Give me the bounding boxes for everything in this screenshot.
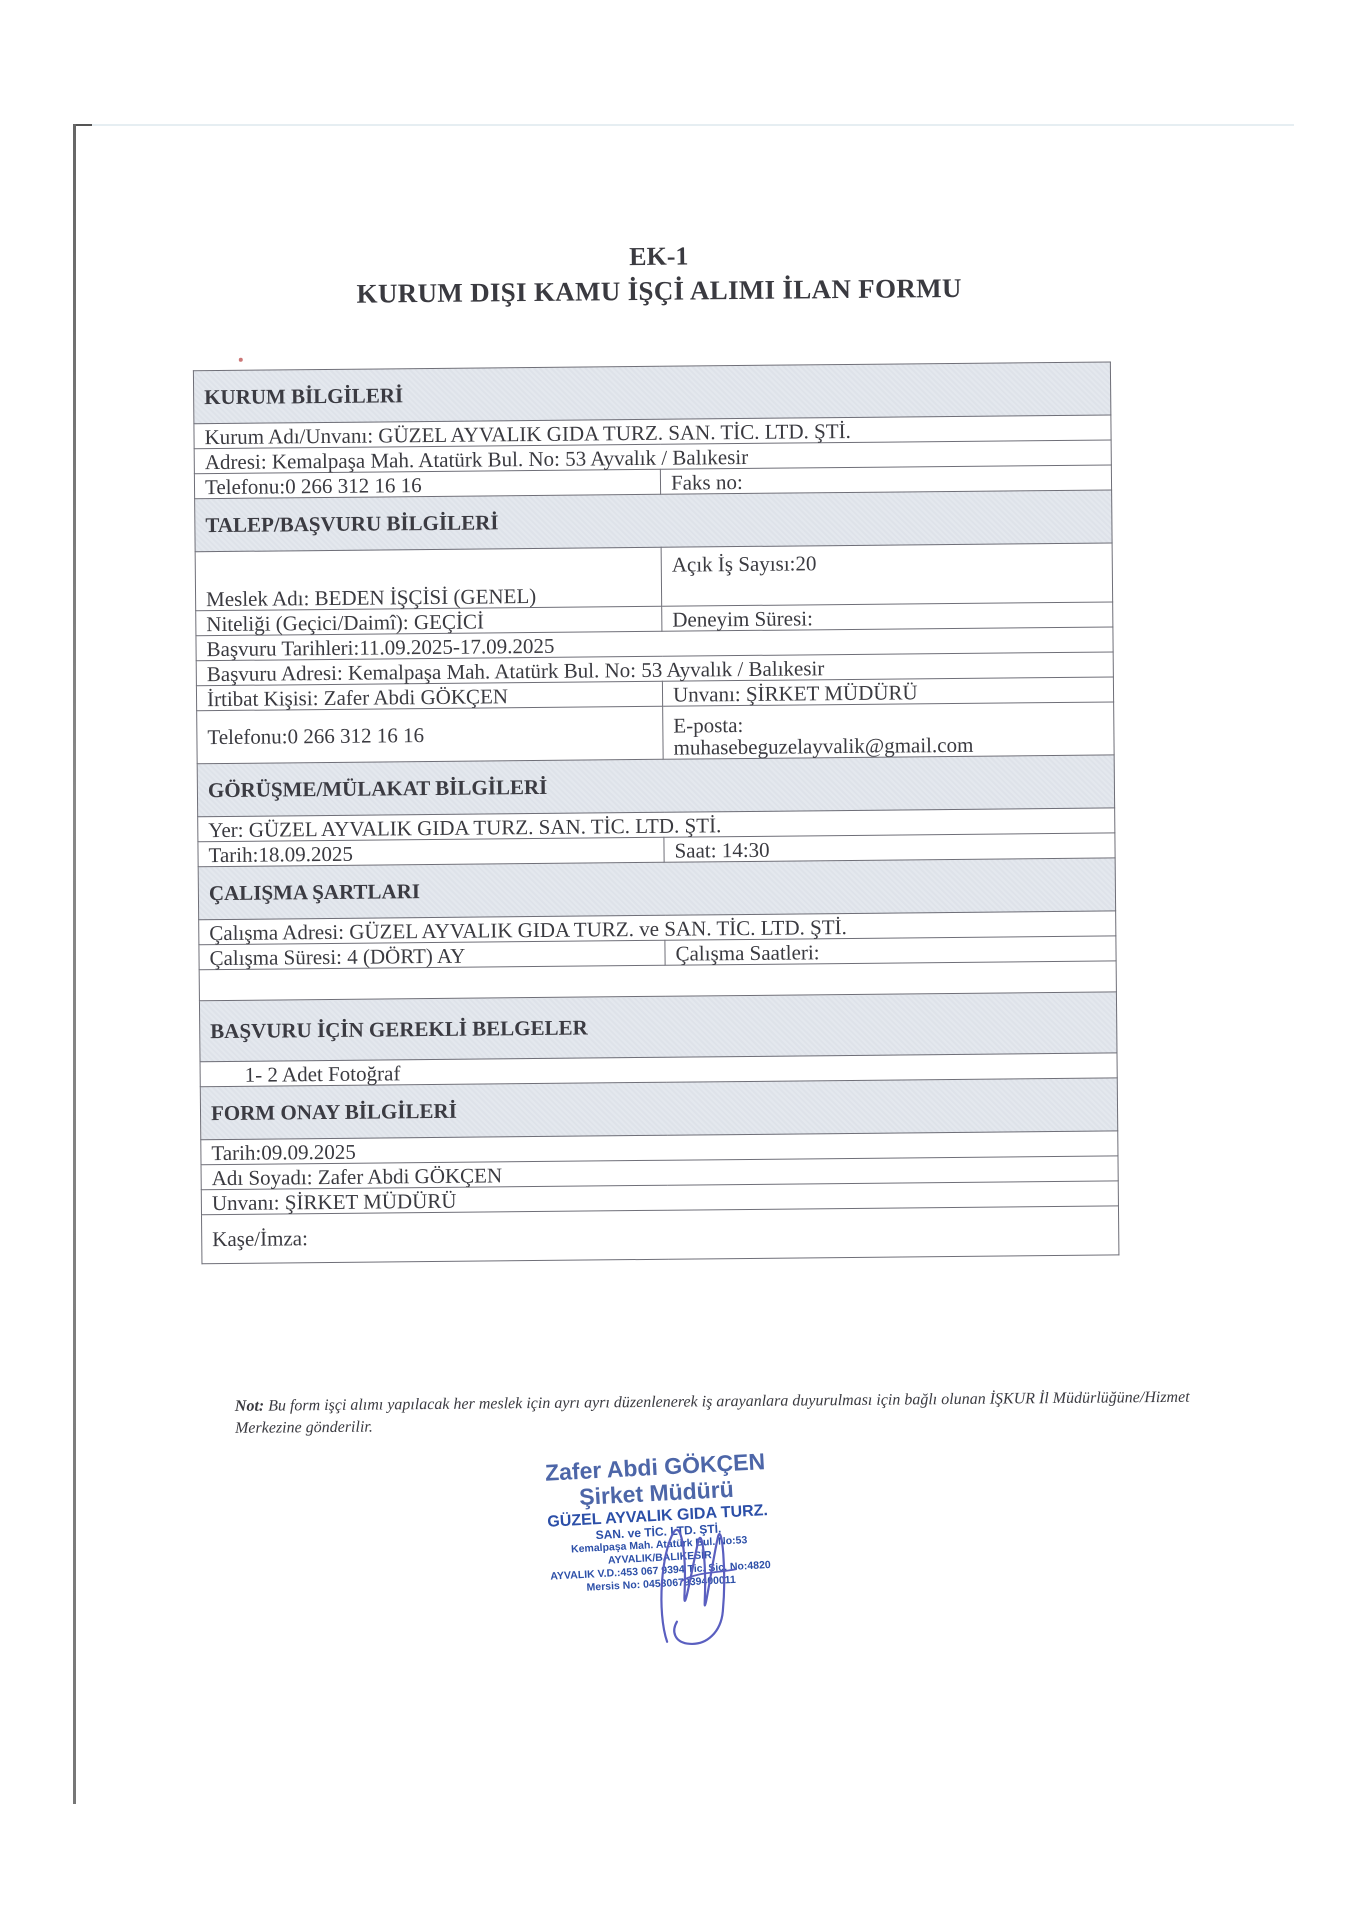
contact-phone: Telefonu:0 266 312 16 16 — [197, 706, 663, 763]
note-text: Bu form işçi alımı yapılacak her meslek … — [235, 1389, 1190, 1437]
stamp-signature-label: Kaşe/İmza: — [202, 1206, 1119, 1264]
section-header-talep: TALEP/BAŞVURU BİLGİLERİ — [195, 490, 1112, 552]
section-header-belgeler: BAŞVURU İÇİN GEREKLİ BELGELER — [199, 992, 1117, 1062]
section-header-calisma: ÇALIŞMA ŞARTLARI — [198, 858, 1115, 920]
section-header-kurum: KURUM BİLGİLERİ — [193, 362, 1110, 424]
contact-email-cell: E-posta: muhasebeguzelayvalik@gmail.com — [663, 702, 1114, 759]
scan-speck — [239, 358, 243, 362]
note-label: Not: — [235, 1398, 264, 1415]
occupation-name: Meslek Adı: BEDEN İŞÇİSİ (GENEL) — [195, 547, 662, 610]
form-note: Not: Bu form işçi alımı yapılacak her me… — [235, 1387, 1195, 1440]
section-header-onay: FORM ONAY BİLGİLERİ — [200, 1078, 1117, 1140]
document-page: EK-1 KURUM DIŞI KAMU İŞÇİ ALIMI İLAN FOR… — [0, 0, 1358, 1920]
open-jobs-count: Açık İş Sayısı:20 — [661, 543, 1113, 606]
handwritten-signature-icon — [646, 1511, 757, 1652]
job-posting-form-table: KURUM BİLGİLERİ Kurum Adı/Unvanı: GÜZEL … — [193, 361, 1120, 1264]
section-header-gorusme: GÖRÜŞME/MÜLAKAT BİLGİLERİ — [197, 755, 1114, 817]
